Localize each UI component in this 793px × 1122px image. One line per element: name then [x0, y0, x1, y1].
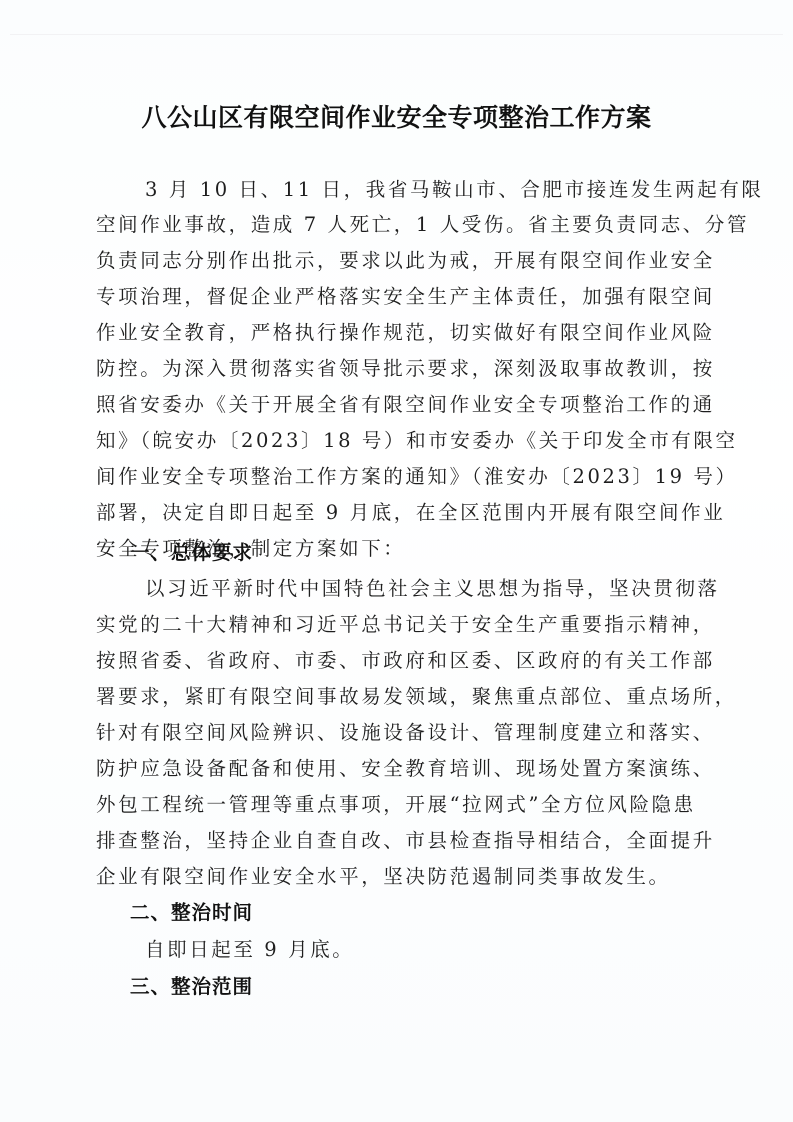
paragraph-line: 3 月 10 日、11 日，我省马鞍山市、合肥市接连发生两起有限	[145, 176, 755, 204]
paragraph-line: 署要求，紧盯有限空间事故易发领域，聚焦重点部位、重点场所，	[96, 683, 706, 711]
paragraph-line: 照省安委办《关于开展全省有限空间作业安全专项整治工作的通	[96, 391, 706, 419]
paragraph-line: 间作业安全专项整治工作方案的通知》（淮安办〔2023〕19 号）	[96, 463, 706, 491]
paragraph-line: 企业有限空间作业安全水平，坚决防范遏制同类事故发生。	[96, 863, 706, 891]
paragraph-line: 负责同志分别作出批示，要求以此为戒，开展有限空间作业安全	[96, 247, 706, 275]
paragraph-line: 按照省委、省政府、市委、市政府和区委、区政府的有关工作部	[96, 647, 706, 675]
paragraph-line: 以习近平新时代中国特色社会主义思想为指导，坚决贯彻落	[145, 575, 755, 603]
paragraph-line: 实党的二十大精神和习近平总书记关于安全生产重要指示精神，	[96, 611, 706, 639]
paragraph-line: 作业安全教育，严格执行操作规范，切实做好有限空间作业风险	[96, 319, 706, 347]
document-page: 八公山区有限空间作业安全专项整治工作方案 3 月 10 日、11 日，我省马鞍山…	[0, 0, 793, 1122]
paragraph-line: 防控。为深入贯彻落实省领导批示要求，深刻汲取事故教训，按	[96, 355, 706, 383]
section-heading-3: 三、整治范围	[130, 973, 253, 1001]
paragraph-line: 知》（皖安办〔2023〕18 号）和市安委办《关于印发全市有限空	[96, 427, 706, 455]
section-heading-2: 二、整治时间	[130, 899, 253, 927]
paragraph-line: 空间作业事故，造成 7 人死亡，1 人受伤。省主要负责同志、分管	[96, 211, 706, 239]
paragraph-line: 针对有限空间风险辨识、设施设备设计、管理制度建立和落实、	[96, 719, 706, 747]
paragraph-line: 自即日起至 9 月底。	[145, 936, 755, 964]
document-title: 八公山区有限空间作业安全专项整治工作方案	[0, 98, 793, 134]
scan-edge	[10, 34, 783, 35]
paragraph-line: 防护应急设备配备和使用、安全教育培训、现场处置方案演练、	[96, 755, 706, 783]
paragraph-line: 部署，决定自即日起至 9 月底，在全区范围内开展有限空间作业	[96, 499, 706, 527]
paragraph-line: 外包工程统一管理等重点事项，开展“拉网式”全方位风险隐患	[96, 791, 706, 819]
paragraph-line: 排查整治，坚持企业自查自改、市县检查指导相结合，全面提升	[96, 827, 706, 855]
paragraph-line: 专项治理，督促企业严格落实安全生产主体责任，加强有限空间	[96, 283, 706, 311]
section-heading-1: 一、总体要求	[130, 539, 253, 567]
